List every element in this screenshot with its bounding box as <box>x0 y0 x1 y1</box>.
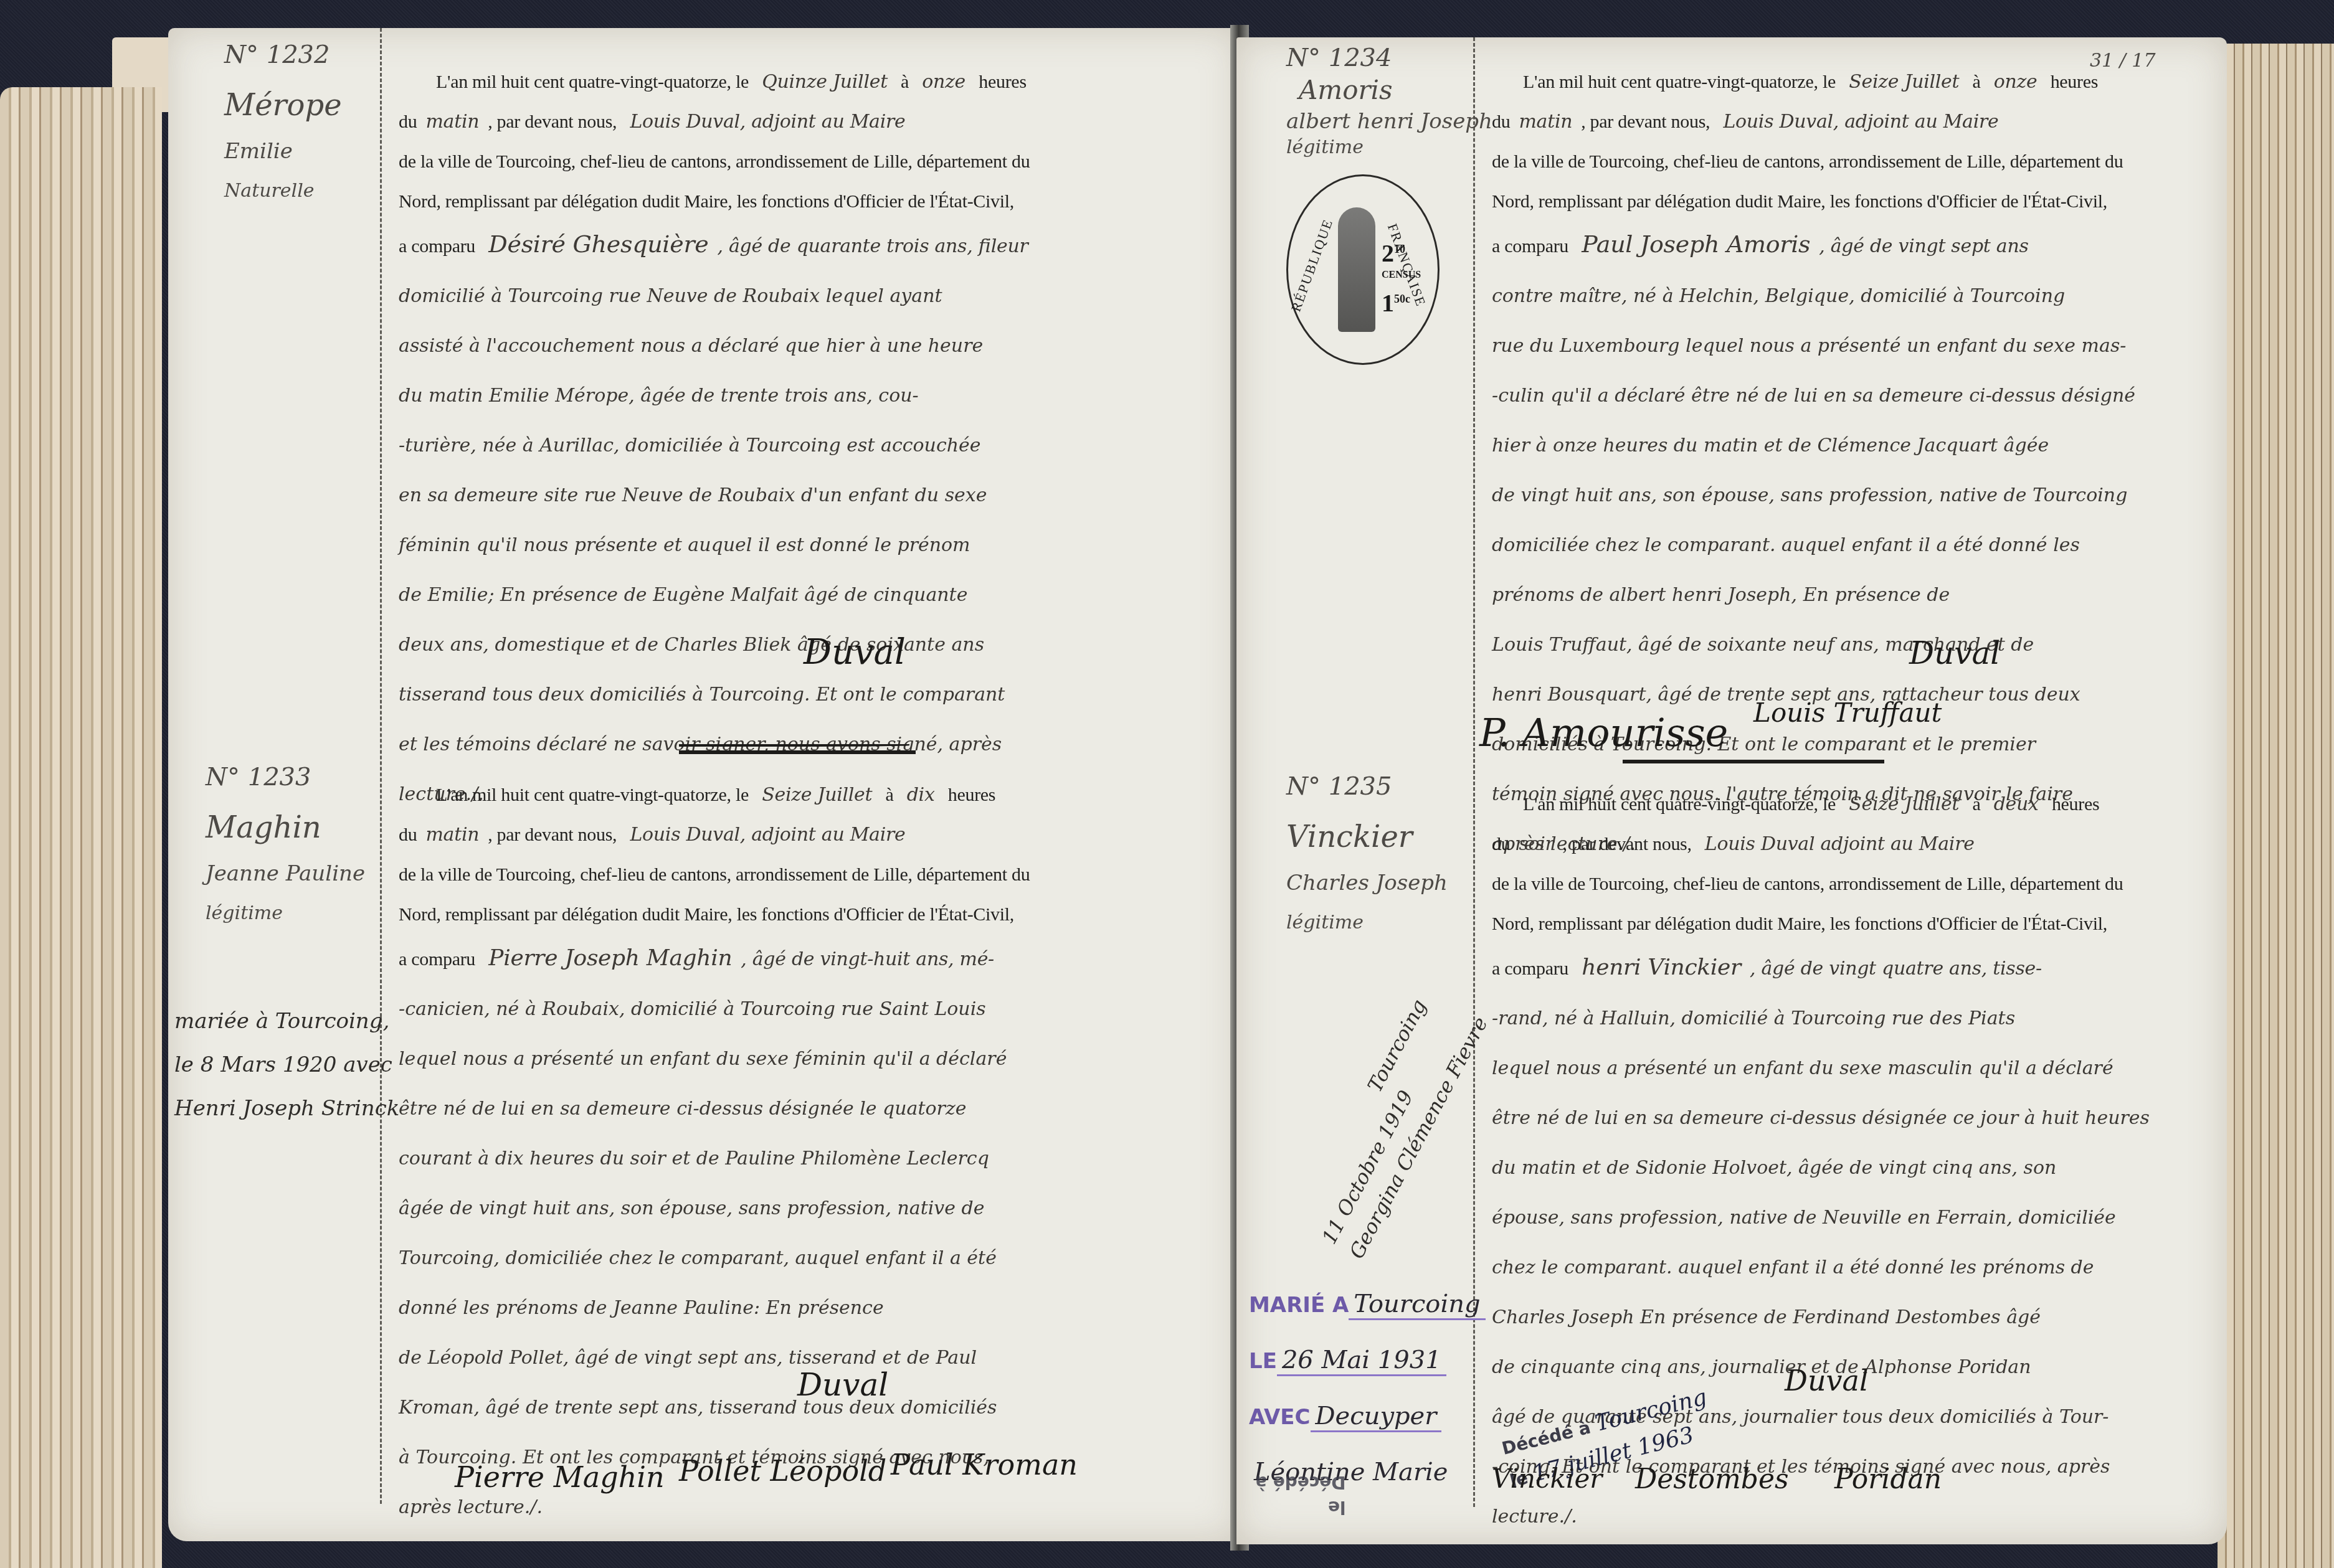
marriage-spouse: Decuyper <box>1311 1402 1442 1432</box>
handwritten-line: être né de lui en sa demeure ci-dessus d… <box>1492 1093 2208 1143</box>
stamp-label: le <box>1255 1495 1346 1519</box>
printed-word: à <box>901 72 909 92</box>
handwritten-line: hier à onze heures du matin et de Clémen… <box>1492 421 2208 471</box>
declarant-signature: Vinckier <box>1492 1463 1602 1494</box>
officer-signature: Duval <box>1785 1364 1869 1397</box>
entry-hour: dix <box>907 784 935 806</box>
handwritten-line: -turière, née à Aurillac, domiciliée à T… <box>399 421 1221 471</box>
entry-number: N° 1233 <box>206 763 365 791</box>
witness-signature: Pollet Léopold <box>679 1454 886 1488</box>
left-page: N° 1232 Mérope Emilie Naturelle L'an mil… <box>168 28 1240 1541</box>
seal-value: 2 <box>1382 239 1394 267</box>
printed-word: a comparu <box>1492 958 1568 979</box>
margin-given-name: albert henri Joseph <box>1286 109 1492 134</box>
entry-date: Seize Juillet <box>1849 793 1959 815</box>
seal-value: 1 <box>1382 289 1394 317</box>
printed-word: du <box>1492 111 1510 132</box>
handwritten-line: en sa demeure site rue Neuve de Roubaix … <box>399 471 1221 521</box>
printed-line: L'an mil huit cent quatre-vingt-quatorze… <box>1523 794 1836 815</box>
handwritten-line: -culin qu'il a déclaré être né de lui en… <box>1492 371 2208 421</box>
officer-signature: Duval <box>804 632 906 673</box>
handwritten-line: épouse, sans profession, native de Neuvi… <box>1492 1193 2208 1243</box>
margin-entry-1235: N° 1235 Vinckier Charles Joseph légitime <box>1286 772 1448 933</box>
handwritten-line: courant à dix heures du soir et de Pauli… <box>399 1134 1221 1184</box>
handwritten-line: tisserand tous deux domiciliés à Tourcoi… <box>399 670 1221 720</box>
printed-word: heures <box>948 785 996 805</box>
handwritten-line: rue du Luxembourg lequel nous a présenté… <box>1492 321 2208 371</box>
marriage-date: 26 Mai 1931 <box>1277 1346 1446 1376</box>
entry-body: contre maître, né à Helchin, Belgique, d… <box>1492 272 2208 869</box>
margin-marriage-note: mariée à Tourcoing, le 8 Mars 1920 avec … <box>174 999 399 1130</box>
entry-separator <box>1623 760 1884 763</box>
handwritten-line: assisté à l'accouchement nous a déclaré … <box>399 321 1221 371</box>
entry-declarant: henri Vinckier <box>1582 955 1741 980</box>
handwritten-line: lecture./. <box>1492 1492 2208 1542</box>
signature-flourish <box>679 744 909 747</box>
page-edges-left <box>0 87 162 1568</box>
handwritten-line: , âgé de quarante trois ans, fileur <box>717 235 1028 257</box>
printed-line: , par devant nous, <box>1581 111 1710 132</box>
printed-line: L'an mil huit cent quatre-vingt-quatorze… <box>436 785 749 805</box>
entry-hour: deux <box>1994 793 2039 815</box>
entry-date: Seize Juillet <box>1849 71 1959 93</box>
margin-surname: Vinckier <box>1286 819 1448 854</box>
margin-entry-1233: N° 1233 Maghin Jeanne Pauline légitime <box>206 763 365 924</box>
officer-signature: Duval <box>797 1367 888 1403</box>
seal-word: CENSUS <box>1382 270 1421 281</box>
entry-1232: L'an mil huit cent quatre-vingt-quatorze… <box>399 62 1221 819</box>
printed-word: à <box>885 785 893 805</box>
printed-word: a comparu <box>399 236 475 257</box>
witness-signature: Poridan <box>1834 1463 1942 1495</box>
seal-value-sub: 10 <box>1394 243 1405 255</box>
handwritten-line: lequel nous a présenté un enfant du sexe… <box>1492 1044 2208 1093</box>
entry-date: Seize Juillet <box>762 784 872 806</box>
handwritten-line: Tourcoing, domiciliée chez le comparant,… <box>399 1234 1221 1283</box>
entry-officer: Louis Duval, adjoint au Maire <box>630 111 905 133</box>
handwritten-line: lequel nous a présenté un enfant du sexe… <box>399 1034 1221 1084</box>
margin-entry-1234: N° 1234 Amoris albert henri Joseph légit… <box>1286 44 1492 158</box>
printed-word: a comparu <box>1492 236 1568 257</box>
seal-value-2: 150c <box>1382 288 1410 318</box>
entry-1233: L'an mil huit cent quatre-vingt-quatorze… <box>399 775 1221 1533</box>
entry-separator <box>679 750 916 754</box>
entry-number: N° 1232 <box>224 40 342 69</box>
witness-signature: Paul Kroman <box>891 1448 1078 1481</box>
handwritten-line: , âgé de vingt-huit ans, mé- <box>741 948 994 970</box>
margin-rule <box>380 28 382 1504</box>
entry-number: N° 1235 <box>1286 772 1448 801</box>
seal-value-sub: 50c <box>1394 293 1410 305</box>
handwritten-line: féminin qu'il nous présente et auquel il… <box>399 521 1221 570</box>
printed-word: du <box>399 111 417 132</box>
marriage-stamp: MARIÉ ATourcoing LE26 Mai 1931 AVECDecuy… <box>1249 1277 1486 1501</box>
witness-signature: Louis Truffaut <box>1753 697 1942 728</box>
marriage-note-line: le 8 Mars 1920 avec <box>174 1043 399 1087</box>
declarant-signature: Pierre Maghin <box>455 1460 665 1494</box>
margin-marriage-note-diagonal: Tourcoing 11 Octobre 1919 Georgina Cléme… <box>1286 982 1496 1265</box>
handwritten-line: chez le comparant. auquel enfant il a ét… <box>1492 1243 2208 1293</box>
marriage-note-line: mariée à Tourcoing, <box>174 999 399 1043</box>
printed-word: heures <box>2051 72 2099 92</box>
printed-line: Nord, remplissant par délégation dudit M… <box>399 895 1221 935</box>
margin-surname: Maghin <box>206 810 365 845</box>
entry-declarant: Désiré Ghesquière <box>488 230 708 258</box>
death-stamp-inverted: le Décédé à <box>1255 1470 1346 1519</box>
entry-hour: onze <box>1994 71 2038 93</box>
handwritten-line: -rand, né à Halluin, domicilié à Tourcoi… <box>1492 994 2208 1044</box>
margin-status: Naturelle <box>224 180 342 202</box>
entry-hour: onze <box>922 71 965 93</box>
seal-text: RÉPUBLIQUE <box>1288 217 1336 314</box>
handwritten-line: de Emilie; En présence de Eugène Malfait… <box>399 570 1221 620</box>
margin-given-name: Charles Joseph <box>1286 871 1448 895</box>
entry-body: domicilié à Tourcoing rue Neuve de Rouba… <box>399 272 1221 819</box>
declarant-signature: P. Amourisse <box>1479 710 1728 755</box>
entry-body: -canicien, né à Roubaix, domicilié à Tou… <box>399 985 1221 1533</box>
printed-line: Nord, remplissant par délégation dudit M… <box>1492 182 2208 222</box>
handwritten-line: Louis Truffaut, âgé de soixante neuf ans… <box>1492 620 2208 670</box>
margin-status: légitime <box>1286 136 1492 158</box>
tax-stamp-seal: RÉPUBLIQUE FRANÇAISE 210 CENSUS 150c <box>1286 174 1440 365</box>
stamp-label: MARIÉ A <box>1249 1293 1349 1318</box>
margin-status: légitime <box>206 902 365 924</box>
marriage-note-line: Henri Joseph Strinck <box>174 1087 399 1130</box>
handwritten-line: de vingt huit ans, son épouse, sans prof… <box>1492 471 2208 521</box>
marriage-place: Tourcoing <box>1349 1290 1485 1320</box>
handwritten-line: âgée de vingt huit ans, son épouse, sans… <box>399 1184 1221 1234</box>
stamp-label: LE <box>1249 1349 1277 1374</box>
printed-word: heures <box>979 72 1027 92</box>
printed-line: de la ville de Tourcoing, chef-lieu de c… <box>399 855 1221 895</box>
entry-officer: Louis Duval, adjoint au Maire <box>630 824 905 846</box>
printed-line: de la ville de Tourcoing, chef-lieu de c… <box>1492 864 2208 904</box>
right-page: N° 1234 Amoris albert henri Joseph légit… <box>1236 37 2227 1544</box>
printed-line: , par devant nous, <box>488 824 617 845</box>
handwritten-line: domicilié à Tourcoing rue Neuve de Rouba… <box>399 272 1221 321</box>
printed-line: L'an mil huit cent quatre-vingt-quatorze… <box>436 72 749 92</box>
margin-entry-1232: N° 1232 Mérope Emilie Naturelle <box>224 40 342 202</box>
handwritten-line: du matin Emilie Mérope, âgée de trente t… <box>399 371 1221 421</box>
marianne-figure-icon <box>1338 207 1375 332</box>
witness-signature: Destombes <box>1635 1463 1789 1495</box>
margin-status: légitime <box>1286 912 1448 933</box>
handwritten-line: , âgé de vingt quatre ans, tisse- <box>1750 958 2042 980</box>
margin-surname: Amoris <box>1286 75 1492 105</box>
stamp-label: Décédé à <box>1255 1470 1346 1495</box>
printed-line: Nord, remplissant par délégation dudit M… <box>1492 904 2208 944</box>
printed-line: de la ville de Tourcoing, chef-lieu de c… <box>1492 142 2208 182</box>
printed-line: Nord, remplissant par délégation dudit M… <box>399 182 1221 222</box>
margin-given-name: Jeanne Pauline <box>206 861 365 886</box>
margin-surname: Mérope <box>224 88 342 123</box>
printed-word: du <box>399 824 417 845</box>
handwritten-line: prénoms de albert henri Joseph, En prése… <box>1492 570 2208 620</box>
handwritten-line: donné les prénoms de Jeanne Pauline: En … <box>399 1283 1221 1333</box>
margin-given-name: Emilie <box>224 139 342 164</box>
handwritten-line: , âgé de vingt sept ans <box>1819 235 2028 257</box>
entry-period: matin <box>1519 111 1572 133</box>
entry-declarant: Pierre Joseph Maghin <box>488 945 732 971</box>
printed-line: L'an mil huit cent quatre-vingt-quatorze… <box>1523 72 1836 92</box>
handwritten-line: -canicien, né à Roubaix, domicilié à Tou… <box>399 985 1221 1034</box>
stamp-label: AVEC <box>1249 1405 1311 1430</box>
printed-word: a comparu <box>399 949 475 970</box>
entry-officer: Louis Duval, adjoint au Maire <box>1723 111 1998 133</box>
entry-period: soir <box>1519 833 1554 855</box>
printed-word: à <box>1972 72 1980 92</box>
printed-line: , par devant nous, <box>1563 834 1692 854</box>
printed-word: à <box>1972 794 1980 815</box>
handwritten-line: du matin et de Sidonie Holvoet, âgée de … <box>1492 1143 2208 1193</box>
entry-declarant: Paul Joseph Amoris <box>1582 230 1810 258</box>
entry-period: matin <box>425 111 479 133</box>
handwritten-line: domiciliée chez le comparant. auquel enf… <box>1492 521 2208 570</box>
printed-line: de la ville de Tourcoing, chef-lieu de c… <box>399 142 1221 182</box>
printed-line: , par devant nous, <box>488 111 617 132</box>
entry-period: matin <box>425 824 479 846</box>
handwritten-line: être né de lui en sa demeure ci-dessus d… <box>399 1084 1221 1134</box>
page-edges-right <box>2218 44 2334 1568</box>
handwritten-line: contre maître, né à Helchin, Belgique, d… <box>1492 272 2208 321</box>
officer-signature: Duval <box>1909 635 2000 671</box>
entry-officer: Louis Duval adjoint au Maire <box>1705 833 1975 855</box>
handwritten-line: Charles Joseph En présence de Ferdinand … <box>1492 1293 2208 1343</box>
entry-number: N° 1234 <box>1286 44 1492 72</box>
entry-date: Quinze Juillet <box>762 71 888 93</box>
printed-word: heures <box>2052 794 2100 815</box>
seal-value-1: 210 <box>1382 239 1405 268</box>
printed-word: du <box>1492 834 1510 854</box>
